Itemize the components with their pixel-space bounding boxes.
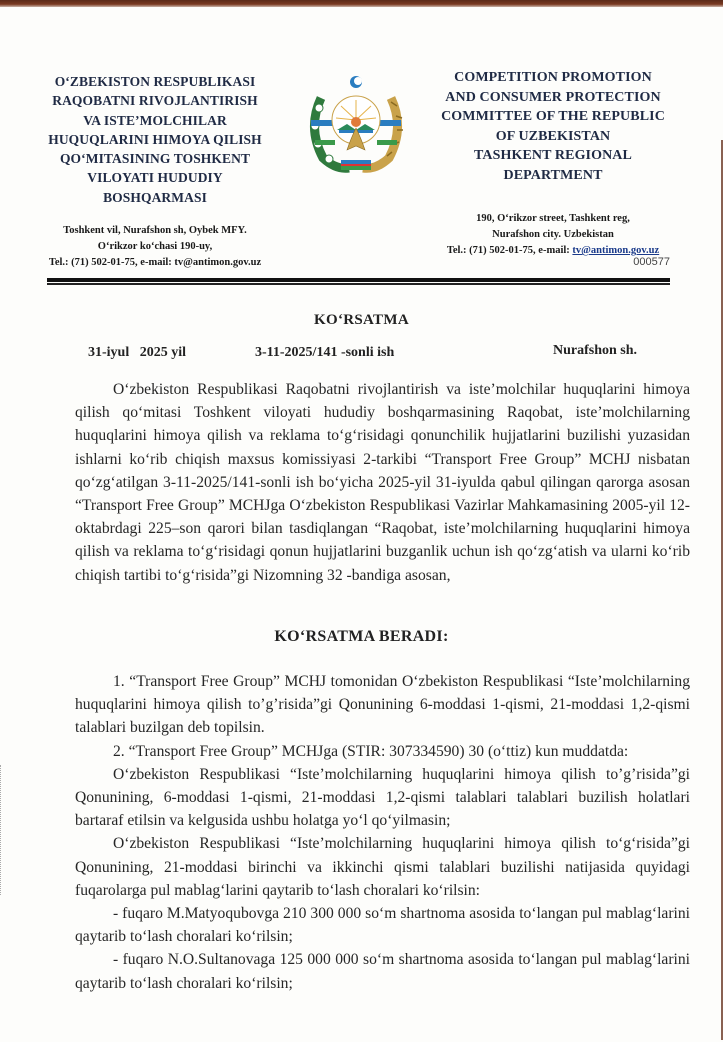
item-2-sub-2: O‘zbekiston Respublikasi “Iste’molchilar… bbox=[75, 832, 690, 902]
org-name-uzbek: O‘ZBEKISTON RESPUBLIKASI RAQOBATNI RIVOJ… bbox=[30, 72, 280, 207]
document-serial-number: 000577 bbox=[620, 256, 670, 268]
item-2-sub-1: O‘zbekiston Respublikasi “Iste’molchilar… bbox=[75, 763, 690, 833]
refund-item-1: - fuqaro M.Matyoqubovga 210 300 000 so‘m… bbox=[75, 902, 690, 948]
org-name-english: COMPETITION PROMOTION AND CONSUMER PROTE… bbox=[428, 68, 678, 185]
uzbekistan-state-emblem-icon bbox=[301, 68, 411, 178]
page-margin-marks bbox=[0, 765, 3, 895]
item-2: 2. “Transport Free Group” MCHJga (STIR: … bbox=[75, 740, 690, 763]
refund-item-2: - fuqaro N.O.Sultanovaga 125 000 000 so‘… bbox=[75, 948, 690, 994]
directive-items: 1. “Transport Free Group” MCHJ tomonidan… bbox=[75, 670, 690, 995]
letterhead-divider bbox=[47, 278, 670, 286]
address-english: 190, O‘rikzor street, Tashkent reg, Nura… bbox=[428, 211, 678, 259]
item-1: 1. “Transport Free Group” MCHJ tomonidan… bbox=[75, 670, 690, 740]
letterhead-english: COMPETITION PROMOTION AND CONSUMER PROTE… bbox=[428, 68, 678, 259]
section-heading: KO‘RSATMA BERADI: bbox=[0, 628, 723, 646]
document-place: Nurafshon sh. bbox=[553, 343, 637, 359]
document-title: KO‘RSATMA bbox=[0, 312, 723, 329]
photo-top-edge bbox=[0, 0, 723, 7]
case-number: 3-11-2025/141 -sonli ish bbox=[255, 345, 394, 361]
email-link[interactable]: tv@antimon.gov.uz bbox=[572, 245, 659, 256]
letterhead-uzbek: O‘ZBEKISTON RESPUBLIKASI RAQOBATNI RIVOJ… bbox=[30, 72, 280, 271]
intro-paragraph: O‘zbekiston Respublikasi Raqobatni rivoj… bbox=[75, 378, 690, 587]
document-date: 31-iyul 2025 yil bbox=[88, 345, 186, 361]
address-uzbek: Toshkent vil, Nurafshon sh, Oybek MFY. O… bbox=[30, 223, 280, 271]
letterhead: O‘ZBEKISTON RESPUBLIKASI RAQOBATNI RIVOJ… bbox=[0, 60, 723, 280]
